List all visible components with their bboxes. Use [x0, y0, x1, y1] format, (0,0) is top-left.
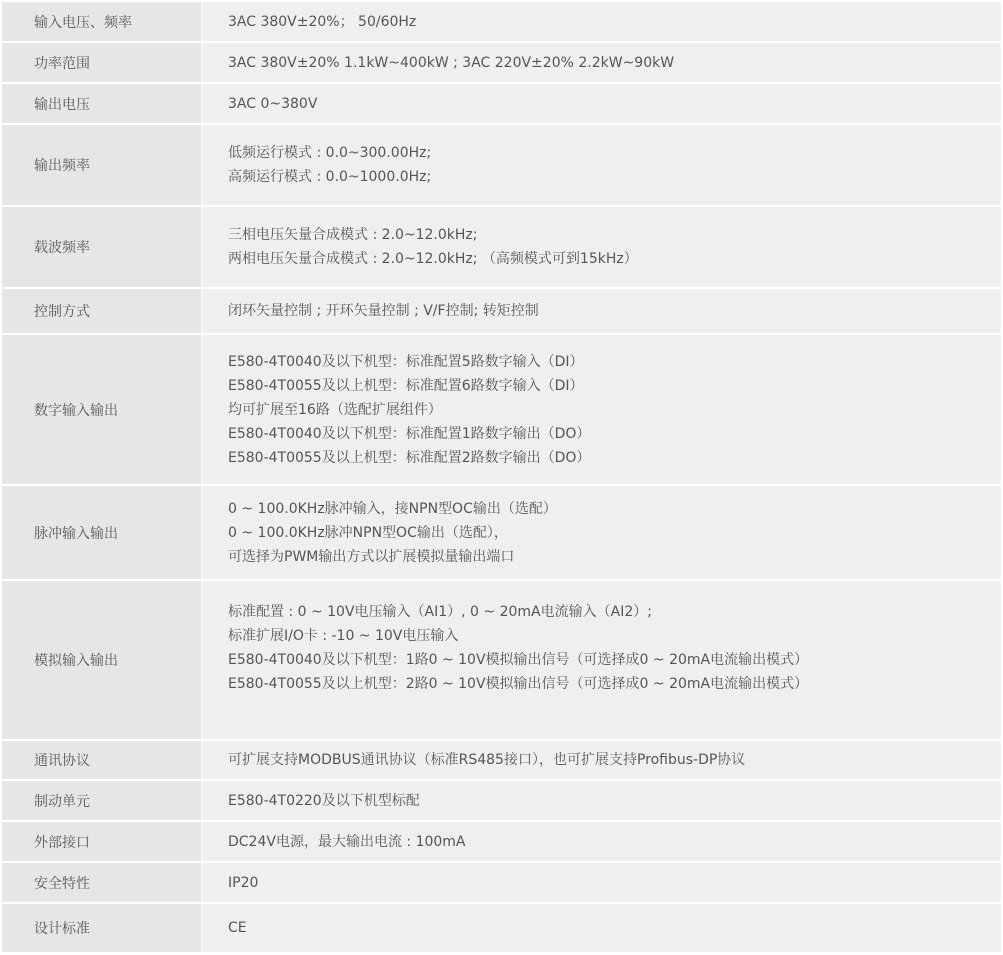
spec-value-line: 0 ~ 100.0KHz脉冲输入，接NPN型OC输出（选配）	[228, 497, 1001, 521]
spec-label: 数字输入输出	[2, 335, 203, 484]
spec-label: 输入电压、频率	[2, 2, 203, 41]
spec-value-line: E580-4T0055及以上机型：标准配置6路数字输入（DI）	[228, 374, 1001, 398]
spec-value-line: 可选择为PWM输出方式以扩展模拟量输出端口	[228, 545, 1001, 569]
spec-value-line: CE	[228, 916, 1001, 940]
spec-value-line: 3AC 0~380V	[228, 92, 1001, 116]
spec-value: E580-4T0220及以下机型标配	[203, 781, 1001, 820]
spec-label: 外部接口	[2, 822, 203, 861]
spec-value-line: 标准扩展I/O卡 : -10 ~ 10V电压输入	[228, 624, 1001, 648]
spec-value: 3AC 0~380V	[203, 84, 1001, 123]
spec-value-line: E580-4T0055及以上机型：2路0 ~ 10V模拟输出信号（可选择成0 ~…	[228, 672, 1001, 696]
spec-value: E580-4T0040及以下机型：标准配置5路数字输入（DI）E580-4T00…	[203, 335, 1001, 484]
spec-value-line: 低频运行模式 : 0.0~300.00Hz;	[228, 141, 1001, 165]
spec-row: 输入电压、频率3AC 380V±20%； 50/60Hz	[2, 2, 1001, 43]
spec-row: 通讯协议可扩展支持MODBUS通讯协议（标准RS485接口），也可扩展支持Pro…	[2, 741, 1001, 781]
spec-label: 制动单元	[2, 781, 203, 820]
spec-value-line: E580-4T0040及以下机型：标准配置5路数字输入（DI）	[228, 350, 1001, 374]
spec-value: CE	[203, 904, 1001, 952]
spec-label: 通讯协议	[2, 741, 203, 779]
spec-value-line	[228, 696, 1001, 720]
spec-value-line: E580-4T0055及以上机型：标准配置2路数字输出（DO）	[228, 446, 1001, 470]
spec-row: 输出频率低频运行模式 : 0.0~300.00Hz;高频运行模式 : 0.0~1…	[2, 125, 1001, 207]
spec-label: 脉冲输入输出	[2, 486, 203, 579]
spec-value-line: 均可扩展至16路（选配扩展组件）	[228, 398, 1001, 422]
spec-value: 标准配置 : 0 ~ 10V电压输入（AI1）, 0 ~ 20mA电流输入（AI…	[203, 581, 1001, 739]
spec-value-line: 0 ~ 100.0KHz脉冲NPN型OC输出（选配），	[228, 521, 1001, 545]
spec-value-line: 闭环矢量控制 ; 开环矢量控制 ; V/F控制; 转矩控制	[228, 299, 1001, 323]
spec-label: 模拟输入输出	[2, 581, 203, 739]
spec-value-line: 可扩展支持MODBUS通讯协议（标准RS485接口），也可扩展支持Profibu…	[228, 748, 1001, 772]
spec-label: 设计标准	[2, 904, 203, 952]
spec-value-line: E580-4T0040及以下机型：1路0 ~ 10V模拟输出信号（可选择成0 ~…	[228, 648, 1001, 672]
spec-value-line: 两相电压矢量合成模式 : 2.0~12.0kHz; （高频模式可到15kHz）	[228, 247, 1001, 271]
spec-row: 数字输入输出E580-4T0040及以下机型：标准配置5路数字输入（DI）E58…	[2, 335, 1001, 486]
spec-row: 安全特性IP20	[2, 863, 1001, 904]
spec-row: 设计标准CE	[2, 904, 1001, 954]
spec-row: 载波频率三相电压矢量合成模式 : 2.0~12.0kHz;两相电压矢量合成模式 …	[2, 207, 1001, 289]
spec-value: 闭环矢量控制 ; 开环矢量控制 ; V/F控制; 转矩控制	[203, 289, 1001, 333]
spec-label: 功率范围	[2, 43, 203, 82]
spec-row: 输出电压3AC 0~380V	[2, 84, 1001, 125]
spec-value: 低频运行模式 : 0.0~300.00Hz;高频运行模式 : 0.0~1000.…	[203, 125, 1001, 205]
spec-value: 三相电压矢量合成模式 : 2.0~12.0kHz;两相电压矢量合成模式 : 2.…	[203, 207, 1001, 287]
spec-value-line: 3AC 380V±20%； 50/60Hz	[228, 10, 1001, 34]
spec-value-line: 3AC 380V±20% 1.1kW~400kW ; 3AC 220V±20% …	[228, 51, 1001, 75]
spec-row: 控制方式闭环矢量控制 ; 开环矢量控制 ; V/F控制; 转矩控制	[2, 289, 1001, 335]
spec-value: 3AC 380V±20% 1.1kW~400kW ; 3AC 220V±20% …	[203, 43, 1001, 82]
spec-value: DC24V电源，最大输出电流 : 100mA	[203, 822, 1001, 861]
spec-value-line: 标准配置 : 0 ~ 10V电压输入（AI1）, 0 ~ 20mA电流输入（AI…	[228, 600, 1001, 624]
spec-label: 安全特性	[2, 863, 203, 902]
spec-row: 制动单元E580-4T0220及以下机型标配	[2, 781, 1001, 822]
spec-row: 功率范围3AC 380V±20% 1.1kW~400kW ; 3AC 220V±…	[2, 43, 1001, 84]
spec-table: 输入电压、频率3AC 380V±20%； 50/60Hz功率范围3AC 380V…	[2, 2, 1001, 954]
spec-value-line: 三相电压矢量合成模式 : 2.0~12.0kHz;	[228, 223, 1001, 247]
spec-value: 3AC 380V±20%； 50/60Hz	[203, 2, 1001, 41]
spec-value-line: 高频运行模式 : 0.0~1000.0Hz;	[228, 165, 1001, 189]
spec-value: 可扩展支持MODBUS通讯协议（标准RS485接口），也可扩展支持Profibu…	[203, 741, 1001, 779]
spec-label: 载波频率	[2, 207, 203, 287]
spec-value: 0 ~ 100.0KHz脉冲输入，接NPN型OC输出（选配）0 ~ 100.0K…	[203, 486, 1001, 579]
spec-row: 模拟输入输出标准配置 : 0 ~ 10V电压输入（AI1）, 0 ~ 20mA电…	[2, 581, 1001, 741]
spec-value-line: E580-4T0220及以下机型标配	[228, 789, 1001, 813]
spec-value-line: IP20	[228, 871, 1001, 895]
spec-row: 外部接口DC24V电源，最大输出电流 : 100mA	[2, 822, 1001, 863]
spec-label: 输出电压	[2, 84, 203, 123]
spec-value: IP20	[203, 863, 1001, 902]
spec-label: 输出频率	[2, 125, 203, 205]
spec-row: 脉冲输入输出0 ~ 100.0KHz脉冲输入，接NPN型OC输出（选配）0 ~ …	[2, 486, 1001, 581]
spec-value-line: DC24V电源，最大输出电流 : 100mA	[228, 830, 1001, 854]
spec-label: 控制方式	[2, 289, 203, 333]
spec-value-line: E580-4T0040及以下机型：标准配置1路数字输出（DO）	[228, 422, 1001, 446]
